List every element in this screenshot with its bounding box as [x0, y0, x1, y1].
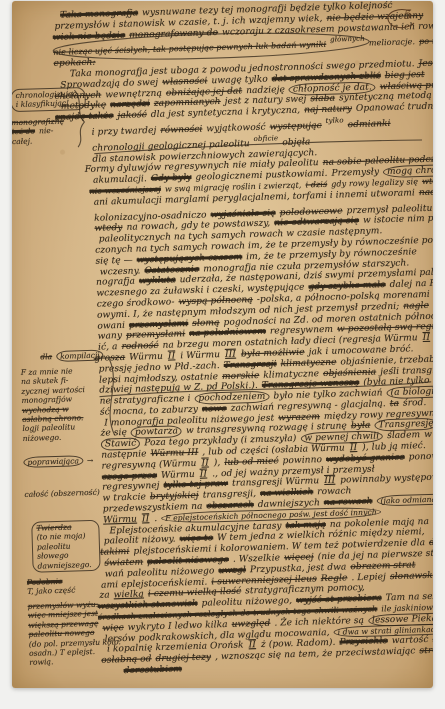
text-segment: klimatyczne: [281, 357, 337, 369]
margin-note-line: T, jako część: [27, 586, 79, 597]
text-segment: monografjów: [21, 395, 72, 405]
text-segment: nowe: [202, 404, 227, 415]
text-segment: na wielkich: [260, 488, 313, 500]
text-segment: więc to: [180, 534, 214, 545]
text-segment: wykluta: [139, 276, 176, 287]
text-segment: II: [200, 458, 210, 468]
text-segment: lub od mieć: [224, 456, 278, 468]
text-segment: wtedy: [422, 176, 433, 186]
text-segment: równości: [160, 124, 202, 135]
margin-note: Twierdza(to nie moja)paleolitusłowegodaw…: [31, 520, 101, 573]
text-segment: nie-: [39, 126, 54, 135]
text-segment: naj natury: [304, 104, 352, 115]
text-segment: (to nie moja): [37, 532, 86, 542]
scan-background: { "page": {"number": "5"}, "colors": {"p…: [0, 0, 445, 709]
text-segment: słaba: [310, 94, 335, 105]
text-segment: własności: [162, 76, 208, 87]
margin-note: dlakompilacji: [40, 350, 108, 361]
text-segment: paleolitu: [37, 541, 71, 551]
margin-note-line: całej.: [12, 135, 69, 146]
text-segment: uwzględ: [232, 619, 271, 630]
text-segment: obrazem strat: [350, 560, 415, 572]
text-segment: w istocie nim przemysłów: [363, 213, 433, 227]
text-segment: była możliwie: [241, 347, 305, 359]
text-segment: wany: [98, 331, 123, 342]
text-segment: Regle: [321, 573, 348, 584]
text-segment: ta: [390, 399, 399, 409]
text-segment: występując: [270, 121, 322, 133]
margin-note: monografiznęteż donie-całej.: [12, 116, 69, 146]
text-segment: światem: [104, 557, 143, 568]
text-segment: II: [422, 333, 432, 343]
text-segment: II: [167, 351, 177, 361]
text-segment: logji paleolitu: [22, 423, 75, 434]
text-segment: wyjątkowość: [206, 123, 266, 135]
text-segment: śladem: [387, 430, 420, 441]
text-segment: Przemysły: [331, 167, 379, 178]
text-segment: obficie: [253, 134, 278, 143]
text-segment: Gdy były: [151, 173, 192, 184]
text-segment: wartość: [392, 635, 429, 646]
text-segment: po nie wyjaśnionych: [419, 35, 433, 46]
text-segment: II: [248, 641, 258, 651]
margin-note-line: dawniejszego.: [37, 559, 95, 570]
text-segment: uwzgl: [218, 565, 246, 576]
text-segment: powinno: [282, 455, 322, 466]
text-segment: Przycichło: [339, 637, 388, 648]
margin-note: całość (obszerność): [24, 488, 104, 500]
text-segment: narzędzi: [110, 99, 150, 110]
text-segment: . Wszelkie: [233, 553, 280, 564]
margin-note-line: i klasyfikując!: [16, 99, 81, 110]
margin-note: chronologizująci klasyfikując!: [12, 87, 86, 112]
text-segment: . Lepiej: [351, 572, 386, 583]
text-segment: ),: [214, 458, 221, 468]
text-segment: melioracje.: [369, 38, 415, 48]
text-segment: dla: [40, 352, 52, 361]
text-segment: środ.: [403, 398, 427, 409]
manuscript-page: Taka monografjawysnuwane tezy tej monogr…: [12, 1, 433, 688]
text-segment: stron: [419, 646, 433, 657]
text-segment: dziś: [429, 538, 433, 549]
text-segment: i dziś: [305, 180, 327, 190]
text-segment: morskie: [222, 370, 260, 381]
text-segment: ile jaskiniowe w lessie: [381, 602, 433, 614]
text-segment: takimi: [100, 547, 130, 558]
margin-note: F za mnie niena skutek fi-zycznej wartoś…: [21, 366, 91, 443]
text-segment: powinnaby występować: [340, 473, 433, 486]
text-segment: owani: [97, 320, 125, 331]
text-segment: ), lub ją mieć.: [362, 441, 426, 453]
text-segment: epokach:: [53, 58, 95, 69]
margin-note-line: poprawiająca→: [23, 456, 97, 468]
text-segment: uwagę tylko: [211, 74, 268, 86]
text-segment: wydobyć granice: [326, 453, 405, 465]
text-segment: nie wcześniejszej: [89, 185, 161, 196]
text-segment: →: [87, 456, 94, 465]
text-segment: II: [349, 443, 359, 453]
text-segment: więcej: [284, 552, 314, 563]
text-segment: następnie: [101, 449, 147, 460]
text-segment: dorostubicm: [124, 664, 183, 676]
text-segment: i przy twardej: [92, 126, 157, 138]
manuscript-content: Taka monografjawysnuwane tezy tej monogr…: [12, 1, 433, 688]
text-segment: rowią.: [29, 658, 53, 668]
margin-note-line: niżowego.: [23, 432, 91, 443]
margin-note-line: całość (obszerność): [24, 488, 104, 500]
text-segment: nografja: [96, 277, 135, 288]
text-segment: Würmu: [161, 470, 195, 481]
text-segment: tylko: [325, 116, 343, 125]
text-segment: niżowego.: [23, 433, 62, 443]
text-segment: słomą: [192, 318, 220, 329]
margin-note-line: dlakompilacji: [40, 350, 108, 361]
text-segment: Würmu III: [150, 448, 198, 459]
page-number-circle: [383, 6, 419, 32]
text-segment: na rowach: [324, 497, 373, 508]
margin-note: PodobnieT, jako część: [27, 576, 80, 596]
text-segment: odmianki: [348, 119, 391, 130]
text-segment: Transgresji: [224, 359, 277, 371]
text-segment: dalej na Pn.,: [389, 278, 433, 290]
text-segment: też do: [12, 127, 35, 137]
text-segment: II: [199, 469, 209, 479]
text-segment: słonawsk: [390, 571, 433, 582]
page-number: 5: [383, 6, 419, 32]
text-segment: nadmiernie: [419, 186, 433, 198]
text-segment: poprawiająca: [23, 455, 83, 468]
text-segment: T, jako część: [27, 586, 75, 596]
text-segment: spóźn.: [432, 634, 433, 645]
text-segment: i Würmu: [180, 350, 220, 361]
text-segment: i klasyfikując!: [16, 99, 70, 110]
text-segment: nadzieję: [246, 85, 285, 96]
margin-note: przemysłów wyżu.więc mniejsze jestwiększ…: [28, 599, 126, 668]
text-segment: w trakcie: [102, 493, 146, 504]
text-segment: gdy rowy legalizy się: [331, 177, 418, 189]
text-segment: w planowaniu mapo-: [424, 427, 433, 440]
text-segment: całość (obszerność): [24, 488, 100, 499]
text-segment: drugiej tezy: [155, 653, 211, 665]
text-segment: III: [224, 349, 237, 359]
text-segment: głównych: [330, 35, 365, 44]
text-segment: słowego: [37, 551, 69, 561]
text-segment: Würmu: [129, 352, 163, 363]
text-segment: akumulacji.: [93, 174, 147, 186]
text-segment: bieg jest: [385, 70, 425, 81]
text-segment: objęła: [282, 137, 310, 148]
text-segment: rodność: [121, 341, 158, 352]
text-segment: całej.: [12, 136, 33, 146]
text-segment: rowach: [317, 487, 352, 498]
text-segment: Opanować trudno: [356, 102, 433, 114]
text-segment: się tę —: [95, 255, 133, 266]
page-number-value: 5: [404, 8, 412, 23]
text-segment: .: [154, 514, 157, 524]
margin-note: poprawiająca→: [23, 456, 97, 468]
text-segment: Würmu: [103, 514, 137, 525]
text-segment: nagle: [403, 301, 429, 312]
text-segment: jakość: [117, 110, 147, 121]
text-segment: III: [323, 476, 336, 486]
text-segment: ponownie budować: [409, 450, 433, 463]
text-segment: wtedy: [94, 223, 122, 234]
manuscript-text: Taka monografjawysnuwane tezy tej monogr…: [88, 1, 433, 677]
text-segment: kompilacji: [56, 350, 104, 362]
text-segment: Jest: [418, 59, 433, 70]
text-segment: brytyjskiej: [150, 491, 199, 502]
text-segment: II: [141, 514, 151, 524]
text-segment: transgresji,: [203, 489, 257, 501]
text-segment: wczesny.: [100, 266, 141, 277]
text-segment: dawniejszego.: [37, 560, 91, 571]
